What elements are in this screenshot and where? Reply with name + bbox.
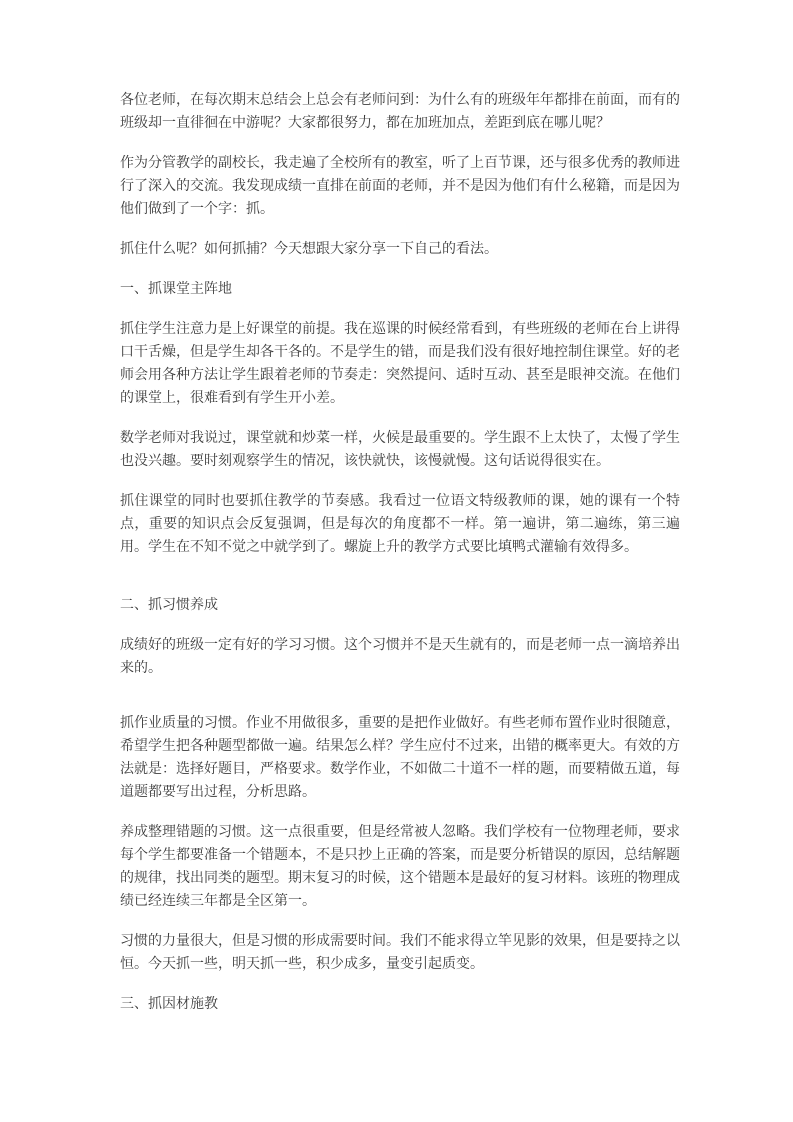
paragraph-good-habits: 成绩好的班级一定有好的学习习惯。这个习惯并不是天生就有的，而是老师一点一滴培养出…: [120, 634, 680, 680]
paragraph-homework-quality: 抓作业质量的习惯。作业不用做很多，重要的是把作业做好。有些老师布置作业时很随意，…: [120, 712, 680, 804]
paragraph-vice-principal: 作为分管教学的副校长，我走遍了全校所有的教室，听了上百节课，还与很多优秀的教师进…: [120, 152, 680, 221]
document-content: 各位老师，在每次期末总结会上总会有老师问到：为什么有的班级年年都排在前面，而有的…: [120, 89, 680, 1033]
paragraph-attention: 抓住学生注意力是上好课堂的前提。我在巡课的时候经常看到，有些班级的老师在台上讲得…: [120, 318, 680, 410]
paragraph-math-teacher-pacing: 数学老师对我说过，课堂就和炒菜一样，火候是最重要的。学生跟不上太快了，太慢了学生…: [120, 427, 680, 473]
paragraph-teaching-rhythm: 抓住课堂的同时也要抓住教学的节奏感。我看过一位语文特级教师的课，她的课有一个特点…: [120, 490, 680, 559]
document-page: 各位老师，在每次期末总结会上总会有老师问到：为什么有的班级年年都排在前面，而有的…: [0, 0, 793, 1122]
section-heading-2-habits: 二、抓习惯养成: [120, 594, 680, 617]
section-heading-1-classroom: 一、抓课堂主阵地: [120, 278, 680, 301]
paragraph-habit-power: 习惯的力量很大，但是习惯的形成需要时间。我们不能求得立竿见影的效果，但是要持之以…: [120, 930, 680, 976]
paragraph-mistake-notebook: 养成整理错题的习惯。这一点很重要，但是经常被人忽略。我们学校有一位物理老师，要求…: [120, 821, 680, 913]
section-heading-3-aptitude: 三、抓因材施教: [120, 993, 680, 1016]
paragraph-intro-question: 各位老师，在每次期末总结会上总会有老师问到：为什么有的班级年年都排在前面，而有的…: [120, 89, 680, 135]
paragraph-share-views: 抓住什么呢？如何抓捕？今天想跟大家分享一下自己的看法。: [120, 238, 680, 261]
